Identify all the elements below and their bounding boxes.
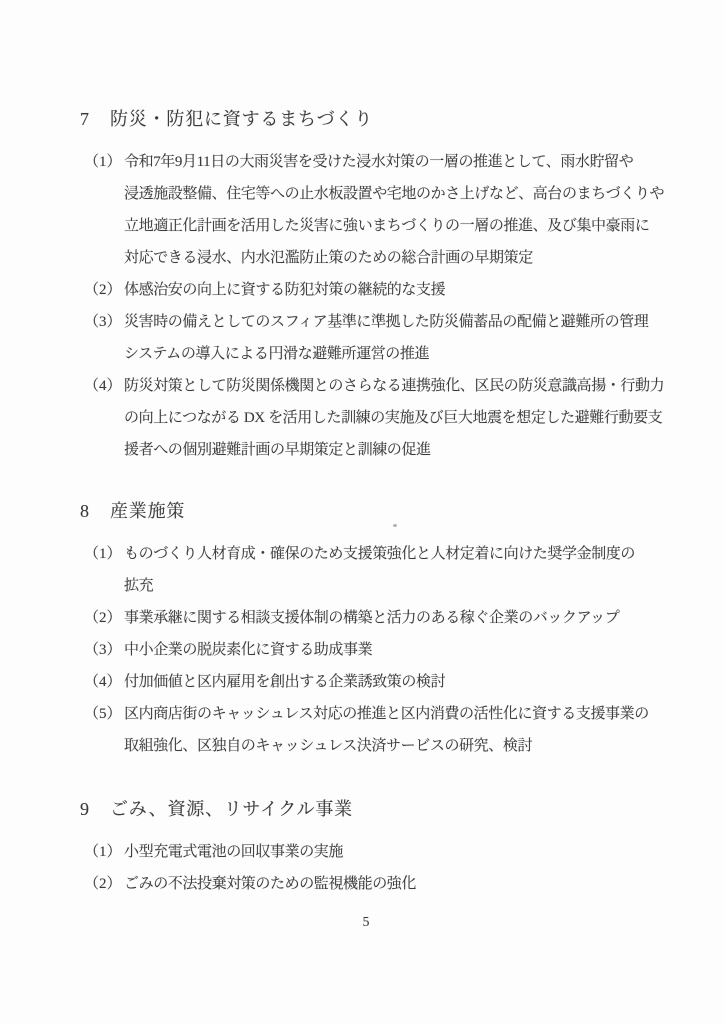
section-number: 7 — [80, 106, 110, 132]
list-item: （4） 付加価値と区内雇用を創出する企業誘致策の検討 — [84, 666, 664, 698]
list-item: （3） 災害時の備えとしてのスフィア基準に準拠した防災備蓄品の配備と避難所の管理… — [84, 306, 664, 370]
item-text: 区内商店街のキャッシュレス対応の推進と区内消費の活性化に資する支援事業の取組強化… — [124, 698, 664, 762]
text-line: 拡充 — [124, 570, 664, 602]
item-marker: （1） — [84, 836, 124, 868]
list-item: （4） 防災対策として防災関係機関とのさらなる連携強化、区民の防災意識高揚・行動… — [84, 370, 664, 466]
item-marker: （3） — [84, 306, 124, 338]
item-marker: （5） — [84, 698, 124, 730]
item-text: 防災対策として防災関係機関とのさらなる連携強化、区民の防災意識高揚・行動力の向上… — [124, 370, 664, 466]
text-line: ごみの不法投棄対策のための監視機能の強化 — [124, 868, 664, 900]
item-marker: （2） — [84, 274, 124, 306]
document-section: 8産業施策 （1） ものづくり人材育成・確保のため支援策強化と人材定着に向けた奨… — [80, 498, 664, 762]
item-marker: （1） — [84, 538, 124, 570]
section-number: 9 — [80, 796, 110, 822]
scan-speck — [393, 524, 397, 527]
text-line: 令和7年9月11日の大雨災害を受けた浸水対策の一層の推進として、雨水貯留や — [124, 146, 664, 178]
item-text: 災害時の備えとしてのスフィア基準に準拠した防災備蓄品の配備と避難所の管理システム… — [124, 306, 664, 370]
list-item: （1） 令和7年9月11日の大雨災害を受けた浸水対策の一層の推進として、雨水貯留… — [84, 146, 664, 274]
section-number: 8 — [80, 498, 110, 524]
item-marker: （4） — [84, 666, 124, 698]
item-marker: （2） — [84, 868, 124, 900]
item-marker: （4） — [84, 370, 124, 402]
text-line: 中小企業の脱炭素化に資する助成事業 — [124, 634, 664, 666]
list-item: （2） ごみの不法投棄対策のための監視機能の強化 — [84, 868, 664, 900]
section-title: 産業施策 — [110, 501, 185, 521]
text-line: 区内商店街のキャッシュレス対応の推進と区内消費の活性化に資する支援事業の — [124, 698, 664, 730]
text-line: 浸透施設整備、住宅等への止水板設置や宅地のかさ上げなど、高台のまちづくりや — [124, 178, 664, 210]
item-text: 小型充電式電池の回収事業の実施 — [124, 836, 664, 868]
list-item: （5） 区内商店街のキャッシュレス対応の推進と区内消費の活性化に資する支援事業の… — [84, 698, 664, 762]
item-marker: （1） — [84, 146, 124, 178]
item-text: ごみの不法投棄対策のための監視機能の強化 — [124, 868, 664, 900]
section-heading: 8産業施策 — [80, 498, 664, 524]
list-item: （1） ものづくり人材育成・確保のため支援策強化と人材定着に向けた奨学金制度の拡… — [84, 538, 664, 602]
section-heading: 7防災・防犯に資するまちづくり — [80, 106, 664, 132]
item-text: 体感治安の向上に資する防犯対策の継続的な支援 — [124, 274, 664, 306]
text-line: 災害時の備えとしてのスフィア基準に準拠した防災備蓄品の配備と避難所の管理 — [124, 306, 664, 338]
text-line: 防災対策として防災関係機関とのさらなる連携強化、区民の防災意識高揚・行動力 — [124, 370, 664, 402]
text-line: 付加価値と区内雇用を創出する企業誘致策の検討 — [124, 666, 664, 698]
text-line: システムの導入による円滑な避難所運営の推進 — [124, 338, 664, 370]
section-title: ごみ、資源、リサイクル事業 — [110, 799, 353, 819]
text-line: 事業承継に関する相談支援体制の構築と活力のある稼ぐ企業のバックアップ — [124, 602, 664, 634]
document-section: 7防災・防犯に資するまちづくり （1） 令和7年9月11日の大雨災害を受けた浸水… — [80, 106, 664, 466]
document-content: 7防災・防犯に資するまちづくり （1） 令和7年9月11日の大雨災害を受けた浸水… — [80, 0, 664, 900]
section-heading: 9ごみ、資源、リサイクル事業 — [80, 796, 664, 822]
item-text: ものづくり人材育成・確保のため支援策強化と人材定着に向けた奨学金制度の拡充 — [124, 538, 664, 602]
text-line: ものづくり人材育成・確保のため支援策強化と人材定着に向けた奨学金制度の — [124, 538, 664, 570]
item-text: 事業承継に関する相談支援体制の構築と活力のある稼ぐ企業のバックアップ — [124, 602, 664, 634]
section-items: （1） ものづくり人材育成・確保のため支援策強化と人材定着に向けた奨学金制度の拡… — [84, 538, 664, 762]
section-title: 防災・防犯に資するまちづくり — [110, 109, 373, 129]
page-number: 5 — [8, 912, 724, 932]
text-line: 小型充電式電池の回収事業の実施 — [124, 836, 664, 868]
list-item: （2） 事業承継に関する相談支援体制の構築と活力のある稼ぐ企業のバックアップ — [84, 602, 664, 634]
text-line: 立地適正化計画を活用した災害に強いまちづくりの一層の推進、及び集中豪雨に — [124, 210, 664, 242]
item-text: 中小企業の脱炭素化に資する助成事業 — [124, 634, 664, 666]
item-text: 付加価値と区内雇用を創出する企業誘致策の検討 — [124, 666, 664, 698]
item-marker: （3） — [84, 634, 124, 666]
item-marker: （2） — [84, 602, 124, 634]
list-item: （3） 中小企業の脱炭素化に資する助成事業 — [84, 634, 664, 666]
text-line: の向上につながる DX を活用した訓練の実施及び巨大地震を想定した避難行動要支 — [124, 402, 664, 434]
document-section: 9ごみ、資源、リサイクル事業 （1） 小型充電式電池の回収事業の実施 （2） ご… — [80, 796, 664, 900]
text-line: 対応できる浸水、内水氾濫防止策のための総合計画の早期策定 — [124, 242, 664, 274]
text-line: 体感治安の向上に資する防犯対策の継続的な支援 — [124, 274, 664, 306]
list-item: （1） 小型充電式電池の回収事業の実施 — [84, 836, 664, 868]
list-item: （2） 体感治安の向上に資する防犯対策の継続的な支援 — [84, 274, 664, 306]
section-items: （1） 令和7年9月11日の大雨災害を受けた浸水対策の一層の推進として、雨水貯留… — [84, 146, 664, 466]
item-text: 令和7年9月11日の大雨災害を受けた浸水対策の一層の推進として、雨水貯留や浸透施… — [124, 146, 664, 274]
text-line: 援者への個別避難計画の早期策定と訓練の促進 — [124, 434, 664, 466]
section-items: （1） 小型充電式電池の回収事業の実施 （2） ごみの不法投棄対策のための監視機… — [84, 836, 664, 900]
text-line: 取組強化、区独自のキャッシュレス決済サービスの研究、検討 — [124, 730, 664, 762]
document-page: 7防災・防犯に資するまちづくり （1） 令和7年9月11日の大雨災害を受けた浸水… — [0, 0, 724, 1024]
